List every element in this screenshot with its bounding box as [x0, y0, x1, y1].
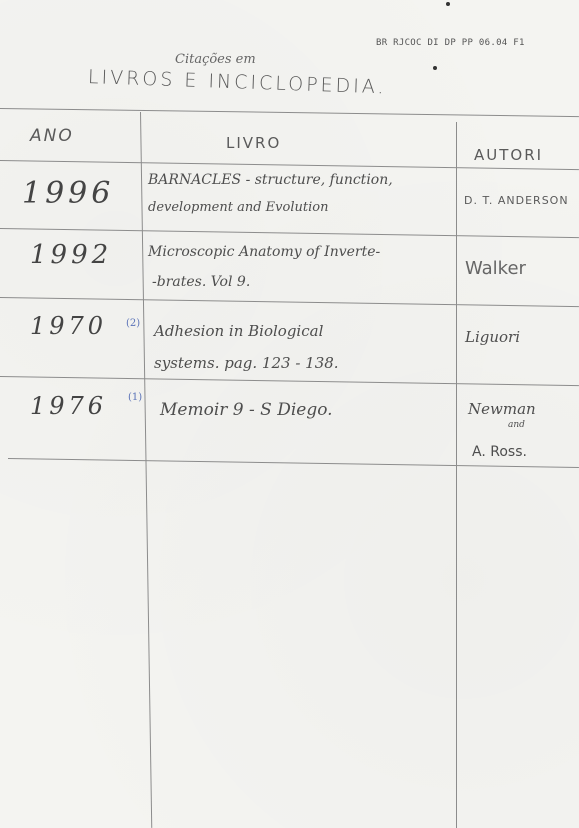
row-book-title-cont: systems. pag. 123 - 138.: [154, 354, 339, 372]
row-author-second: A. Ross.: [472, 444, 527, 460]
column-header-ano: ANO: [30, 126, 74, 146]
column-divider: [456, 122, 457, 828]
row-rule: [0, 297, 579, 307]
row-reference-mark: (1): [128, 392, 142, 403]
row-year: 1970: [30, 312, 107, 340]
row-book-title: Memoir 9 - S Diego.: [160, 400, 333, 420]
table-top-rule: [0, 108, 579, 117]
row-year: 1992: [30, 240, 112, 270]
archive-reference-code: BR RJCOC DI DP PP 06.04 F1: [376, 38, 525, 48]
row-author-conjunction: and: [508, 420, 525, 430]
ink-spot: [433, 66, 437, 70]
row-book-title: Microscopic Anatomy of Inverte-: [148, 244, 380, 260]
ink-spot: [446, 2, 450, 6]
row-rule: [0, 228, 579, 238]
column-header-autori: AUTORI: [474, 146, 543, 164]
row-year: 1976: [30, 392, 107, 420]
row-book-title: Adhesion in Biological: [154, 322, 323, 340]
handwritten-document-page: BR RJCOC DI DP PP 06.04 F1 Citações em L…: [0, 0, 579, 828]
row-author: Newman: [468, 400, 536, 418]
row-author: Liguori: [465, 328, 520, 346]
row-author: D. T. ANDERSON: [464, 194, 569, 207]
title-subheading: Citações em: [175, 52, 256, 67]
row-book-title: BARNACLES - structure, function,: [148, 172, 393, 188]
row-rule: [0, 376, 579, 386]
page-title: LIVROS E INCICLOPEDIA.: [88, 66, 387, 98]
row-year: 1996: [22, 176, 114, 211]
row-book-title-cont: development and Evolution: [148, 200, 328, 215]
row-reference-mark: (2): [126, 318, 140, 329]
row-author: Walker: [465, 258, 526, 279]
row-book-title-cont: -brates. Vol 9.: [152, 274, 250, 290]
column-divider: [140, 112, 152, 828]
column-header-livro: LIVRO: [226, 134, 281, 152]
